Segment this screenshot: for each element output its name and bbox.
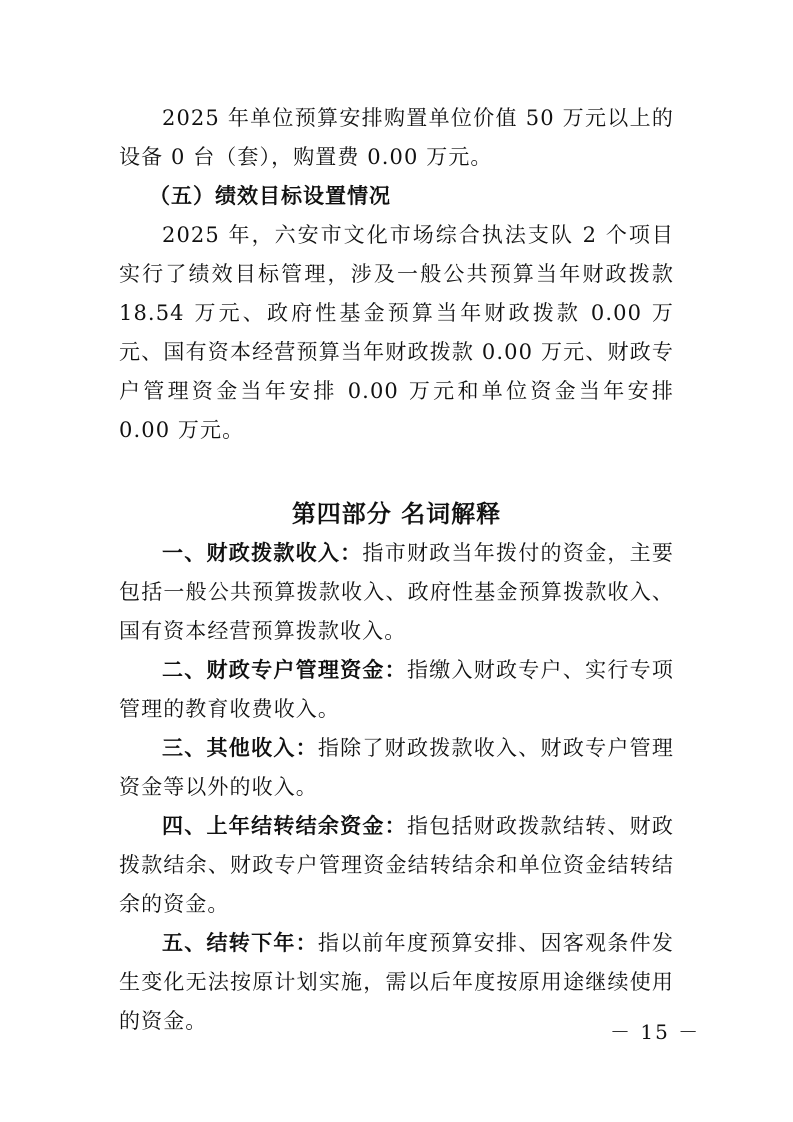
document-page: 2025 年单位预算安排购置单位价值 50 万元以上的设备 0 台（套），购置费…	[0, 0, 793, 1122]
glossary-item: 五、结转下年：指以前年度预算安排、因客观条件发生变化无法按原计划实施，需以后年度…	[119, 924, 674, 1041]
glossary-term: 四、上年结转结余资金：	[162, 814, 407, 838]
glossary-item: 四、上年结转结余资金：指包括财政拨款结转、财政拨款结余、财政专户管理资金结转结余…	[119, 807, 674, 924]
glossary-term: 一、财政拨款收入：	[162, 541, 362, 565]
glossary-item: 二、财政专户管理资金：指缴入财政专户、实行专项管理的教育收费收入。	[119, 651, 674, 729]
performance-heading: （五）绩效目标设置情况	[119, 177, 674, 216]
equipment-paragraph: 2025 年单位预算安排购置单位价值 50 万元以上的设备 0 台（套），购置费…	[119, 99, 674, 177]
part-four-title: 第四部分 名词解释	[0, 494, 793, 534]
glossary-term: 二、财政专户管理资金：	[162, 658, 407, 682]
glossary-item: 一、财政拨款收入：指市财政当年拨付的资金，主要包括一般公共预算拨款收入、政府性基…	[119, 534, 674, 651]
section-5-block: 2025 年单位预算安排购置单位价值 50 万元以上的设备 0 台（套），购置费…	[119, 99, 674, 450]
glossary-term: 五、结转下年：	[162, 931, 318, 955]
page-number: － 15 －	[610, 1016, 700, 1045]
glossary-term: 三、其他收入：	[162, 736, 318, 760]
performance-paragraph: 2025 年，六安市文化市场综合执法支队 2 个项目实行了绩效目标管理，涉及一般…	[119, 216, 674, 450]
glossary-block: 一、财政拨款收入：指市财政当年拨付的资金，主要包括一般公共预算拨款收入、政府性基…	[119, 534, 674, 1041]
glossary-item: 三、其他收入：指除了财政拨款收入、财政专户管理资金等以外的收入。	[119, 729, 674, 807]
